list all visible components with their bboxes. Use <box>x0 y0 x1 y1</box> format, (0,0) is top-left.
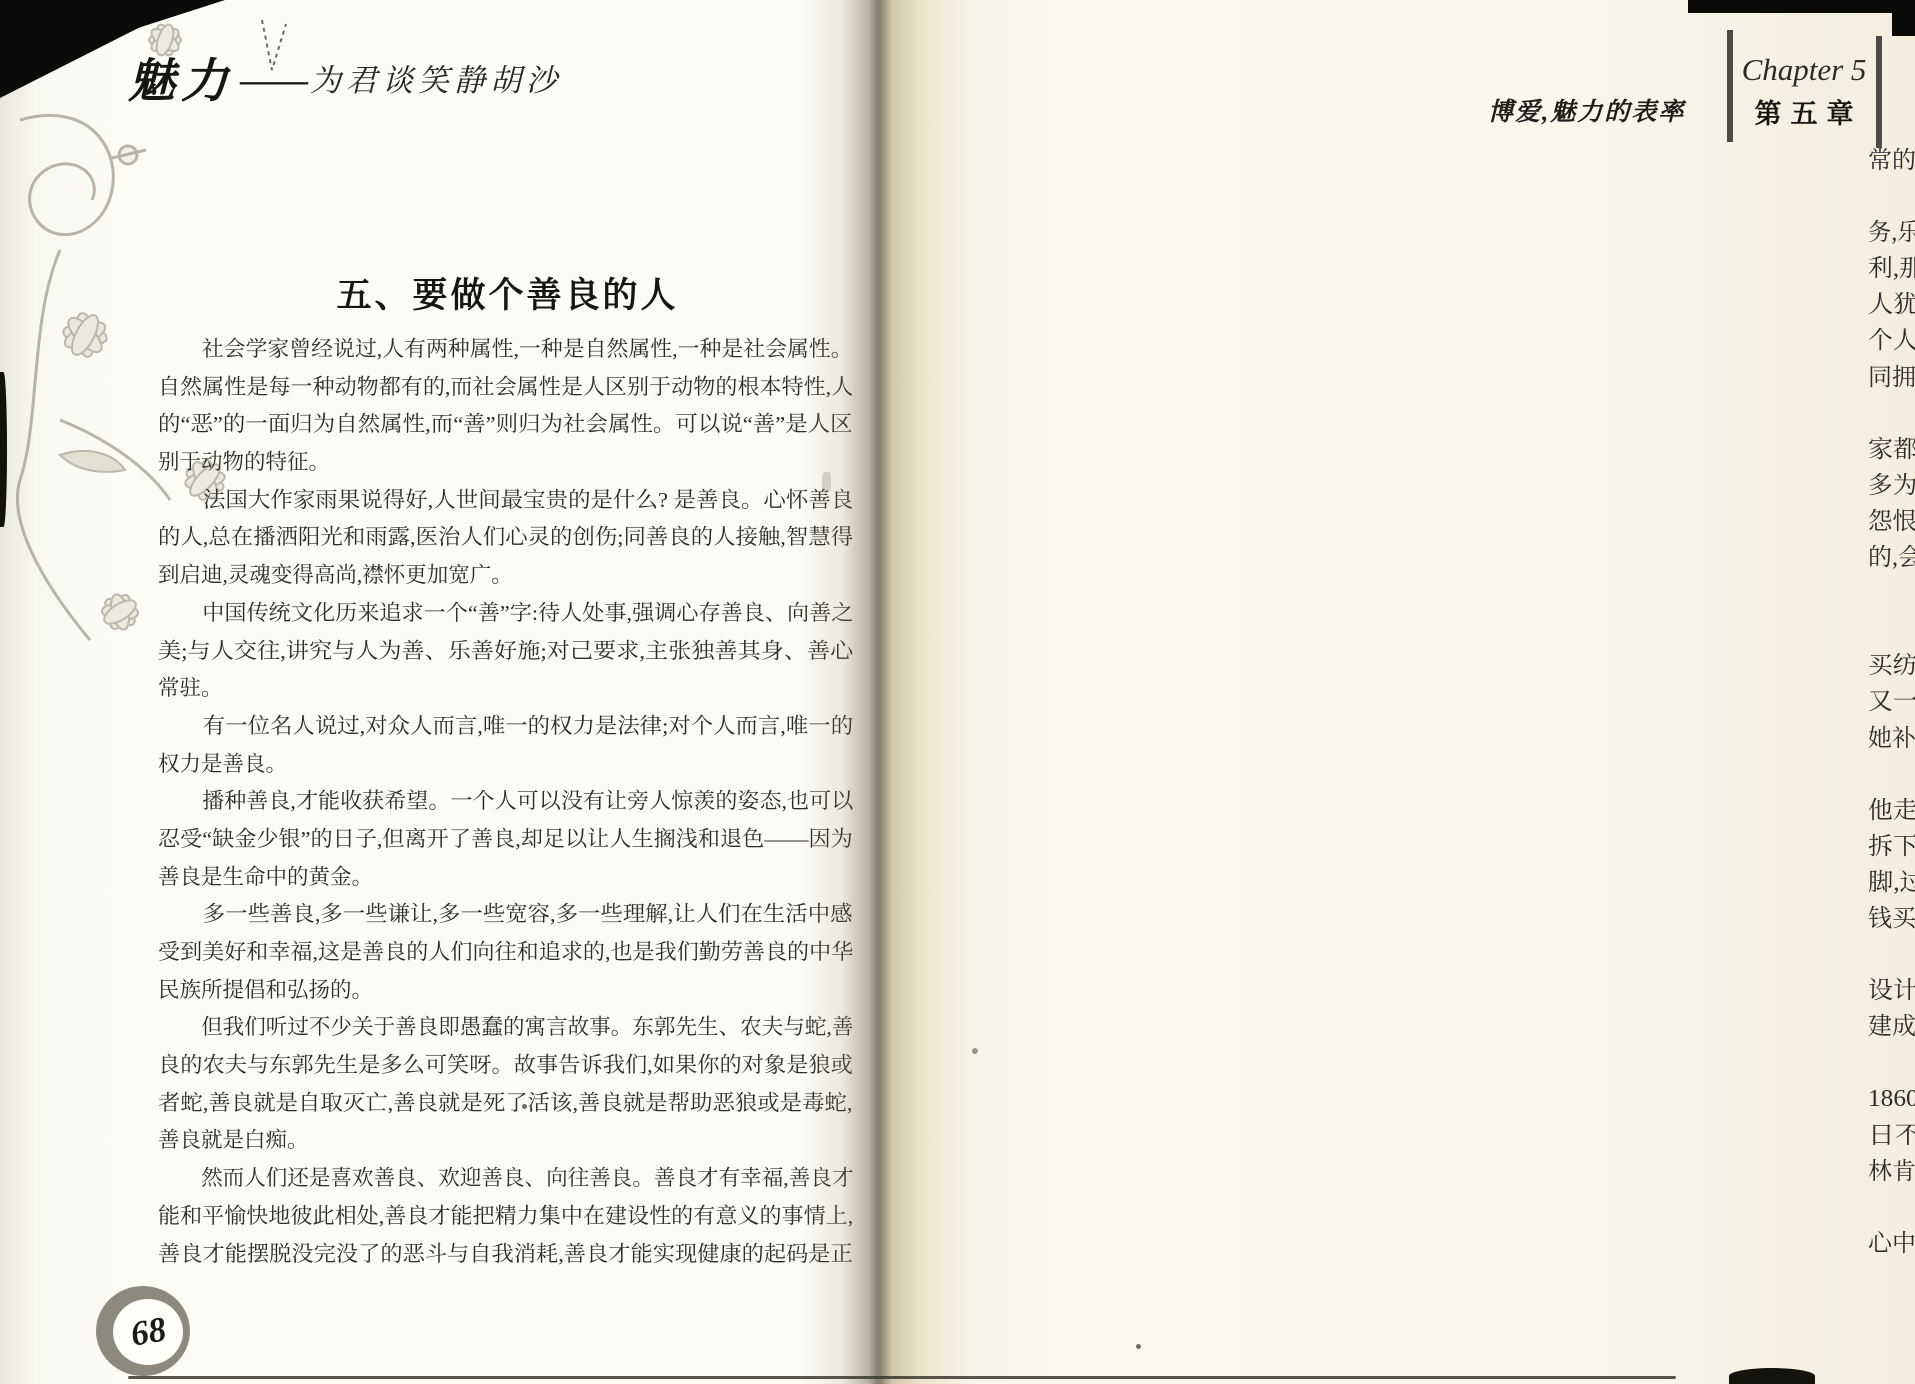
text-line: 怨恨逃逸,让仇恨泯灭,它是纯净、和谐的,会得到善的回报;它是健康、平静 <box>1868 504 1915 540</box>
text-line: 多为敦厚、为善之人,他们都心性平和,恬适淡然。善良可以让邪恶低头,让 <box>1868 468 1915 504</box>
text-line: 法国大作家雨果说得好,人世间最宝贵的是什么? 是善良。心怀善良 <box>158 482 853 520</box>
text-line: 他在当邮务员的同时,还替人劈栅栏木条挣零花钱。一个寒冷的早晨, <box>1868 757 1915 793</box>
text-line: 脚,过了一阵子,他把斧子还给了那个青年,告诉说木柴已经劈好,可以去卖 <box>1868 865 1915 901</box>
text-line: 同拥有爱的绿荫。 <box>1868 360 1915 396</box>
text-line: 个人都是一棵善良之树,那我们的世界就会变成爱的森林,我们大家就会共 <box>1868 323 1915 359</box>
text-line: 的“恶”的一面归为自然属性,而“善”则归为社会属性。可以说“善”是人区 <box>158 406 853 444</box>
book-subtitle: 为君谈笑静胡沙 <box>310 63 562 98</box>
right-page-body: 常的局面,善良才能天下太平。 一个人有了善良之情,他就会自觉地承担起家庭、社会的… <box>1868 143 1915 1298</box>
text-line: 善良是生命中的黄金。 <box>158 859 853 897</box>
text-line: 林肯。 <box>1868 1154 1915 1190</box>
text-line: 善良才能摆脱没完没了的恶斗与自我消耗,善良才能实现健康的起码是正 <box>158 1236 853 1274</box>
chapter-heading: Chapter 5 第五章 <box>1733 52 1875 131</box>
text-line: 常驻。 <box>158 670 853 708</box>
text-line: 拆下来的木料,说是想挣一块钱去买双鞋。他便让那青年回到屋里去暖暖 <box>1868 829 1915 865</box>
text-line: 又一次,他发觉给一个女顾客少称了四分之一磅茶叶,他又跑了好几公里给 <box>1868 684 1915 720</box>
text-line: 别于动物的特征。 <box>158 444 853 482</box>
text-line: 钱买鞋。 <box>1868 901 1915 937</box>
text-line: 家都把“乐善好施”视为养生妙丹。有关长寿老人的研究资料表明,长寿者 <box>1868 432 1915 468</box>
text-line: 善良就是白痴。 <box>158 1122 853 1160</box>
text-line: 一位穷困潦倒的年轻人,在别人开的一家商店当伙计。一次,一个妇女 <box>1868 612 1915 648</box>
text-line: 这位一贫如洗、地位卑微的年轻人在 25 岁时通过竞选当选为议会议员。 <box>1868 1045 1915 1081</box>
text-line: 日不息,最终他击败了对手,成为美国第 16 届总统。他便是亚伯拉罕· <box>1868 1118 1915 1154</box>
text-line: 1860 年 5 月,51 岁的他参加总统竞选,“拥护劈栅栏木条候选人”的呼声终 <box>1868 1081 1915 1117</box>
text-line: 播种善良,才能收获希望。一个人可以没有让旁人惊羡的姿态,也可以 <box>158 783 853 821</box>
book-brand-title: 魅力 <box>128 56 234 108</box>
text-line: 权力是善良。 <box>158 746 853 784</box>
text-line: 他走出家门时,看见一个年轻的邻居用破布裹着光脚,正在劈一堆从旧马厩 <box>1868 793 1915 829</box>
text-line: 让我们来看两个故事,再次理解和感受善良。 <box>1868 576 1915 612</box>
text-line: 中国传统文化历来追求一个“善”字:待人处事,强调心存善良、向善之 <box>158 595 853 633</box>
text-line: 一个善良的人,心地必定坦荡无私,必定不会受到邪念和杂念的侵扰, <box>1868 1190 1915 1226</box>
text-line: 常的局面,善良才能天下太平。 <box>1868 143 1915 179</box>
text-line: 到启迪,灵魂变得高尚,襟怀更加宽广。 <box>158 557 853 595</box>
text-line: 的人,总在播洒阳光和雨露,医治人们心灵的创伤;同善良的人接触,智慧得 <box>158 519 853 557</box>
text-line: 明代名医张景岳说:“欲寿,唯其乐;欲乐,莫过于善。”古今中外养生学 <box>1868 396 1915 432</box>
book-scan: 魅力——为君谈笑静胡沙 五、要做个善良的人 社会学家曾经说过,人有两种属性,一种… <box>0 0 1915 1384</box>
text-line: 设计成为弯的,是为了保全一个穷苦的孤儿寡母家庭的住房。如果把街道 <box>1868 973 1915 1009</box>
text-line: 受到美好和幸福,这是善良的人们向往和追求的,也是我们勤劳善良的中华 <box>158 934 853 972</box>
text-line: 买纺织品时多付了几美分,他步行 10 公里赶上那位妇女退还了这几分钱。 <box>1868 648 1915 684</box>
text-line: 然而人们还是喜欢善良、欢迎善良、向往善良。善良才有幸福,善良才 <box>158 1160 853 1198</box>
chapter-label-english: Chapter 5 <box>1733 52 1875 88</box>
text-line: 民族所提倡和弘扬的。 <box>158 972 853 1010</box>
header-dash: —— <box>240 62 308 99</box>
left-page-body: 社会学家曾经说过,人有两种属性,一种是自然属性,一种是社会属性。自然属性是每一种… <box>158 331 853 1273</box>
text-line: 有一位名人说过,对众人而言,唯一的权力是法律;对个人而言,唯一的 <box>158 708 853 746</box>
chapter-label-chinese: 第五章 <box>1733 92 1875 131</box>
left-page-number: 68 <box>127 1309 168 1354</box>
text-line: 心中自有一片澄清。 <box>1868 1226 1915 1262</box>
left-page: 魅力——为君谈笑静胡沙 五、要做个善良的人 社会学家曾经说过,人有两种属性,一种… <box>0 0 880 1384</box>
text-line: 良的农夫与东郭先生是多么可笑呀。故事告诉我们,如果你的对象是狼或 <box>158 1047 853 1085</box>
section-title: 五、要做个善良的人 <box>160 268 855 318</box>
left-page-number-badge: 68 <box>96 1286 190 1376</box>
text-line: 者蛇,善良就是自取灭亡,善良就是死了活该,善良就是帮助恶狼或是毒蛇, <box>158 1085 853 1123</box>
text-line: 忍受“缺金少银”的日子,但离开了善良,却足以让人生搁浅和退色——因为 <box>158 821 853 859</box>
right-page: 常的局面,善良才能天下太平。 一个人有了善良之情,他就会自觉地承担起家庭、社会的… <box>880 0 1915 1384</box>
text-line: 一个人有了善良之情,他就会自觉地承担起家庭、社会的道德责任和义 <box>1868 179 1915 215</box>
text-line: 美;与人交往,讲究与人为善、乐善好施;对己要求,主张独善其身、善心 <box>158 633 853 671</box>
text-line: 她补上。 <box>1868 721 1915 757</box>
text-line: 但我们听过不少关于善良即愚蠢的寓言故事。东郭先生、农夫与蛇,善 <box>158 1009 853 1047</box>
text-line: 建成直的,这可怜的一家人就要露宿街头。 <box>1868 1009 1915 1045</box>
text-line: 这个世界上的真理,永远都是朴素的,就好像太阳每天从东边升起-- <box>1868 1262 1915 1298</box>
text-line: 利,那我们的社会文明水准肯定会提高,社会环境肯定能纯净。每个善良的 <box>1868 251 1915 287</box>
right-running-header: 博爱,魅力的表率 <box>1488 92 1685 128</box>
left-running-header: 魅力——为君谈笑静胡沙 <box>128 44 562 111</box>
text-line: 人犹如一棵树,既能洁净空气,又能供人凉爽,还能给世界增添美丽,倘若每 <box>1868 287 1915 323</box>
text-line: 务,乐意去助人、济人、利人,这个世界如果大家互携互爱、互爱互助、互助互 <box>1868 215 1915 251</box>
text-line: 有一次,他当测量员在彼得斯堡测量后,故意把一条本可以笔直的街道 <box>1868 937 1915 973</box>
text-line: 自然属性是每一种动物都有的,而社会属性是人区别于动物的根本特性,人 <box>158 369 853 407</box>
text-line: 社会学家曾经说过,人有两种属性,一种是自然属性,一种是社会属性。 <box>158 331 853 369</box>
chapter-divider-bar-right <box>1876 36 1882 148</box>
text-line: 能和平愉快地彼此相处,善良才能把精力集中在建设性的有意义的事情上, <box>158 1198 853 1236</box>
text-line: 的,会盛开鲜艳不谢的生命之花。 <box>1868 540 1915 576</box>
text-line: 多一些善良,多一些谦让,多一些宽容,多一些理解,让人们在生活中感 <box>158 896 853 934</box>
